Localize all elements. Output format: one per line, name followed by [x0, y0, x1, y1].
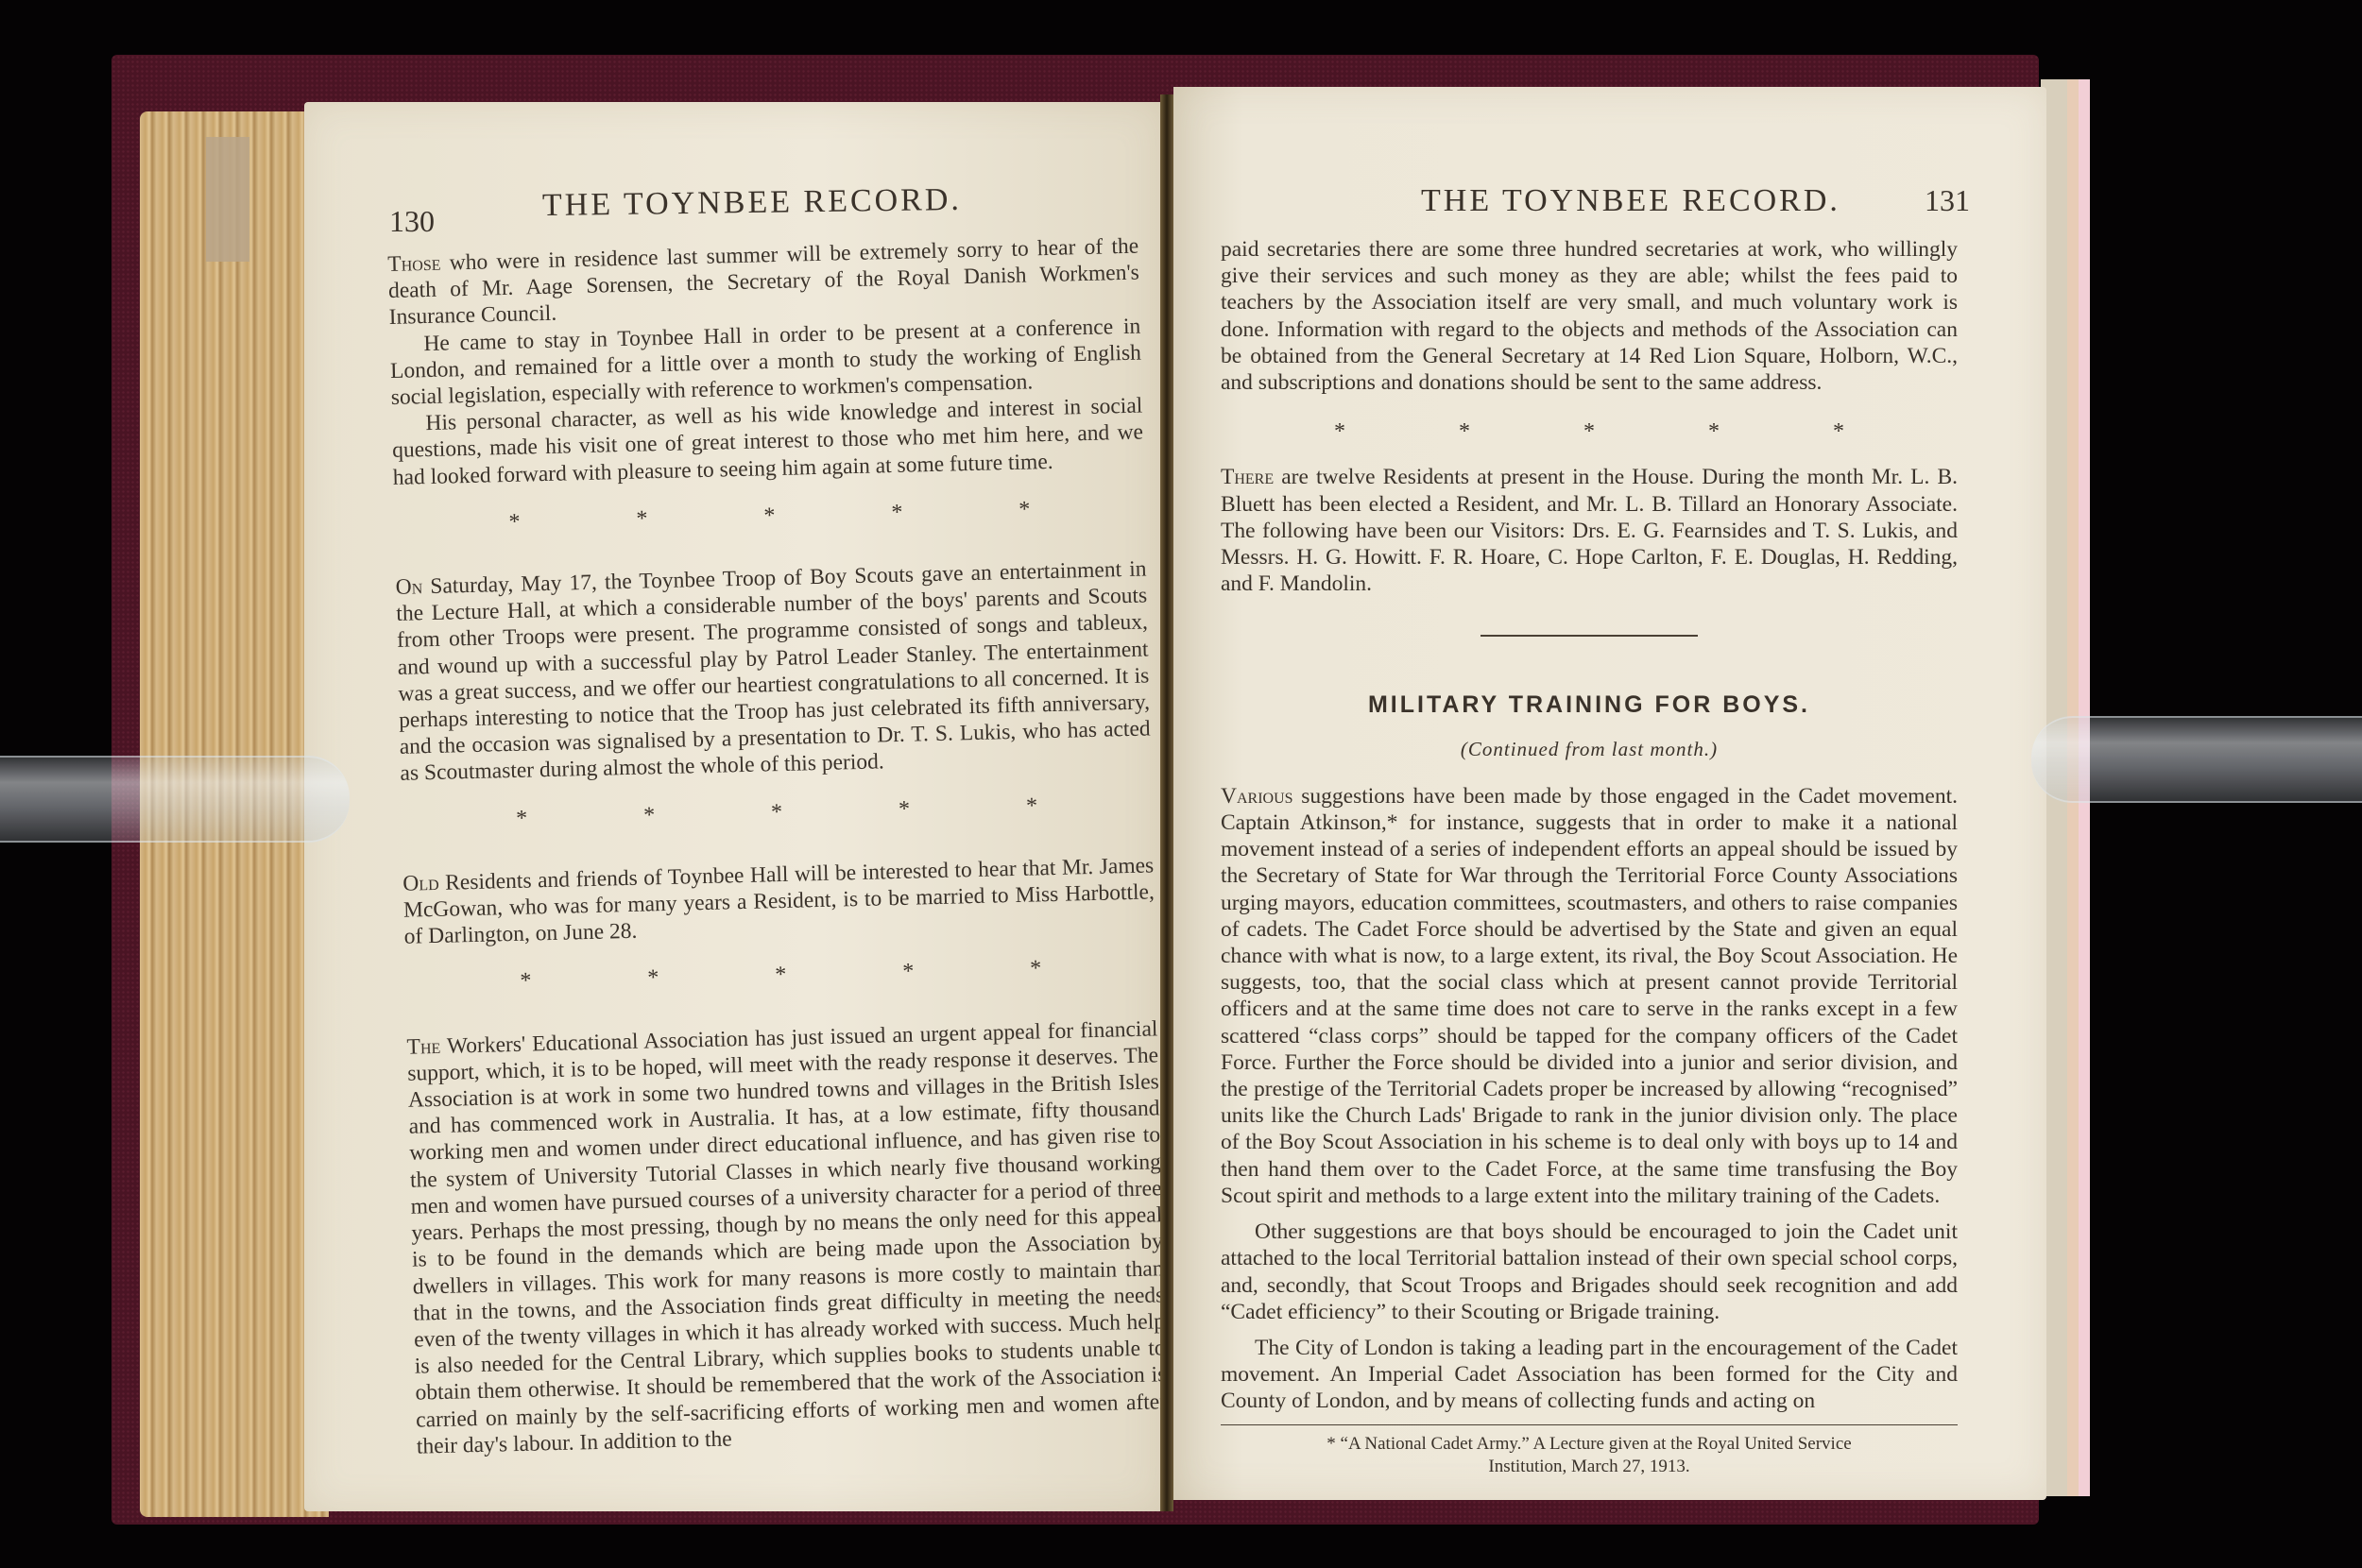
footnote-rule [1221, 1424, 1958, 1426]
article-subtitle: (Continued from last month.) [1221, 736, 1958, 762]
section-separator: ***** [394, 493, 1145, 538]
section-separator: ***** [401, 790, 1152, 835]
left-page-body: Those who were in residence last summer … [387, 233, 1168, 1460]
paragraph-city-of-london: The City of London is taking a leading p… [1221, 1335, 1958, 1415]
paragraph-mcgowan: Old Residents and friends of Toynbee Hal… [402, 852, 1155, 950]
section-separator: ***** [405, 953, 1156, 998]
article-title: MILITARY TRAINING FOR BOYS. [1221, 691, 1958, 718]
paragraph-boy-scouts: On Saturday, May 17, the Toynbee Troop o… [395, 556, 1151, 788]
left-page: 130 THE TOYNBEE RECORD. Those who were i… [304, 102, 1162, 1511]
page-number-right: 131 [1925, 183, 1970, 218]
right-page-body: paid secretaries there are some three hu… [1221, 236, 1958, 1478]
right-page: THE TOYNBEE RECORD. 131 paid secretaries… [1173, 87, 2046, 1500]
footnote: * “A National Cadet Army.” A Lecture giv… [1221, 1433, 1958, 1478]
page-number-left: 130 [389, 204, 435, 239]
running-head-left: THE TOYNBEE RECORD. [542, 182, 962, 224]
paragraph-wea-continued: paid secretaries there are some three hu… [1221, 236, 1958, 396]
section-separator: ***** [1221, 418, 1958, 445]
paragraph-various: Various suggestions have been made by th… [1221, 783, 1958, 1209]
paragraph-residents: There are twelve Residents at present in… [1221, 464, 1958, 597]
paragraph-character: His personal character, as well as his w… [391, 393, 1144, 491]
paper-tab [206, 137, 249, 262]
book-gutter [1160, 94, 1173, 1511]
paragraph-wea: The Workers' Educational Association has… [406, 1015, 1168, 1460]
paragraph-other-suggestions: Other suggestions are that boys should b… [1221, 1219, 1958, 1325]
section-rule [1481, 635, 1698, 637]
right-page-clip [2031, 716, 2362, 803]
running-head-right: THE TOYNBEE RECORD. [1421, 183, 1840, 219]
left-page-clip [0, 756, 350, 843]
